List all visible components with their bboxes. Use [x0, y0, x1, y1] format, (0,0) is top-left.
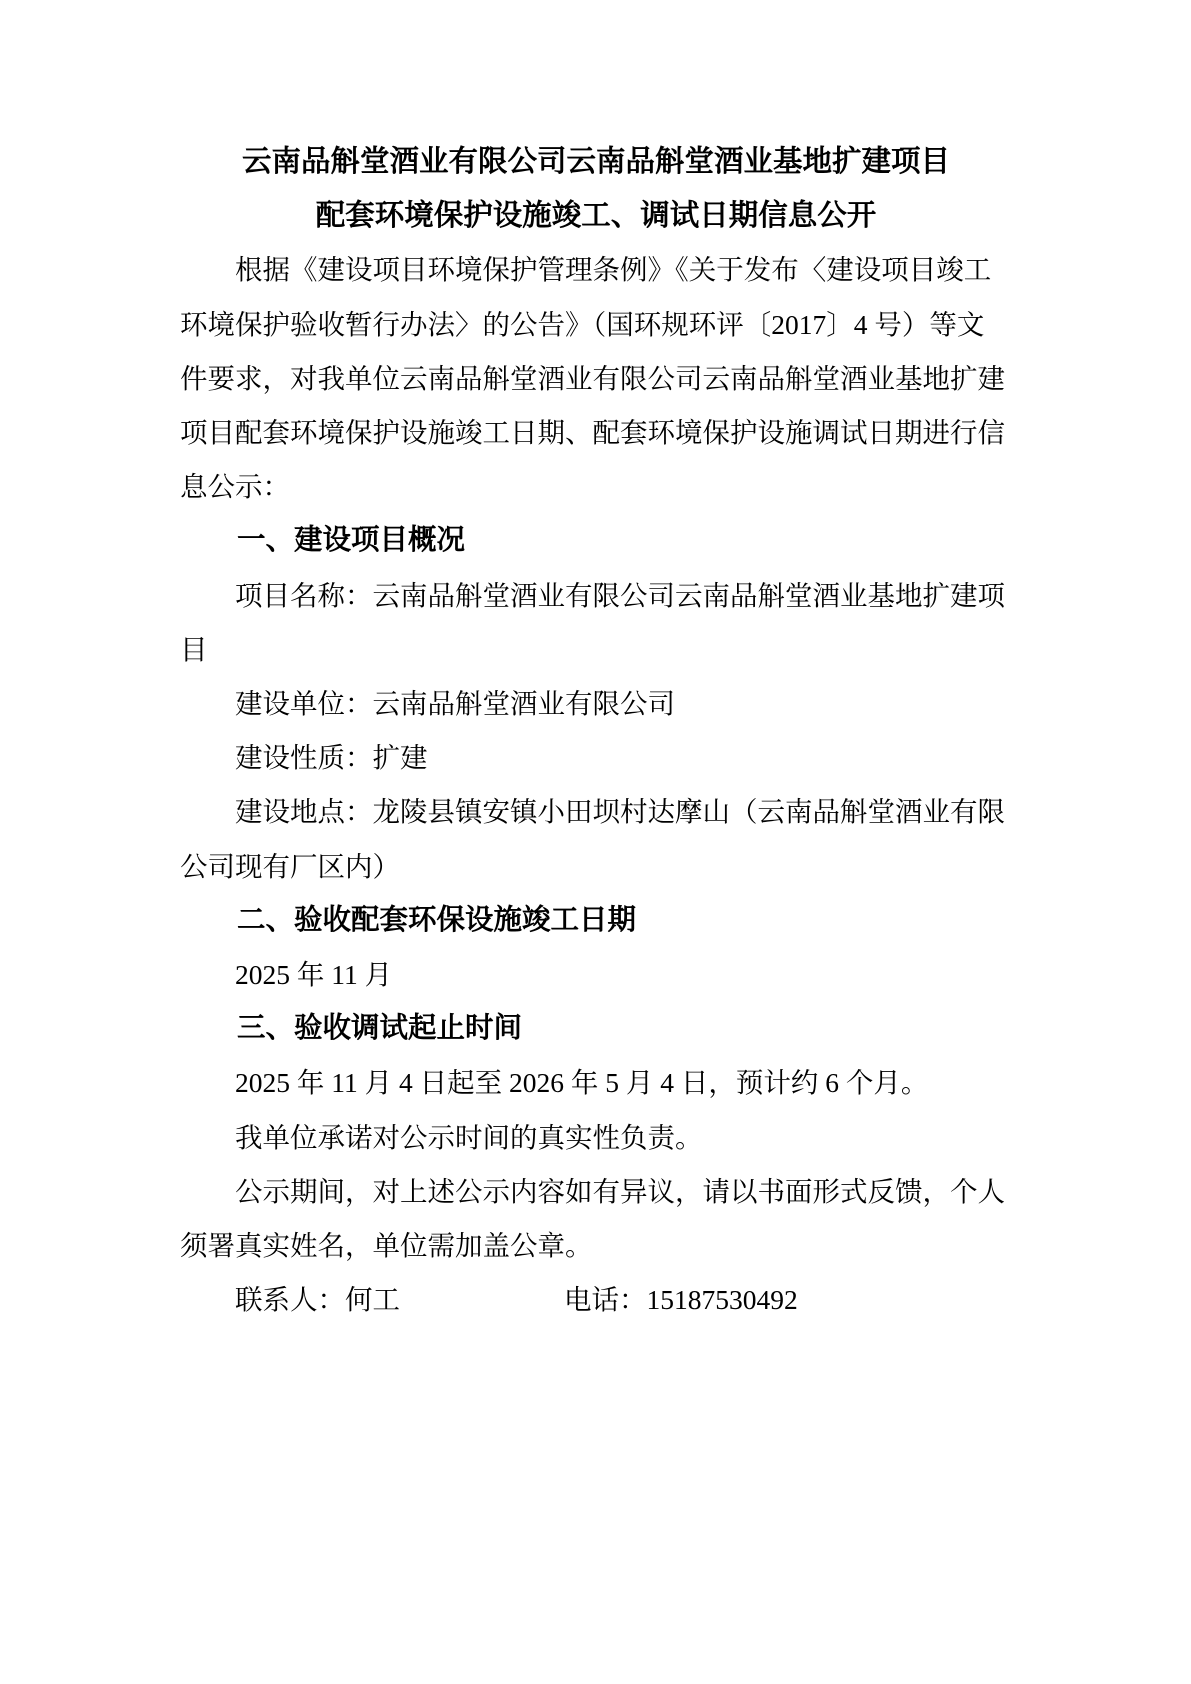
project-name-paragraph: 项目名称：云南品斛堂酒业有限公司云南品斛堂酒业基地扩建项 目	[180, 569, 1012, 677]
intro-paragraph: 根据《建设项目环境保护管理条例》《关于发布〈建设项目竣工 环境保护验收暂行办法〉…	[180, 243, 1012, 514]
commitment-paragraph: 我单位承诺对公示时间的真实性负责。	[180, 1111, 1012, 1165]
completion-date-paragraph: 2025 年 11 月	[180, 948, 1012, 1002]
document-title-line-1: 云南品斛堂酒业有限公司云南品斛堂酒业基地扩建项目	[180, 135, 1012, 189]
section-3-heading: 三、验收调试起止时间	[180, 1002, 1012, 1056]
document-page: 云南品斛堂酒业有限公司云南品斛堂酒业基地扩建项目 配套环境保护设施竣工、调试日期…	[0, 0, 1191, 1684]
construction-unit-paragraph: 建设单位：云南品斛堂酒业有限公司	[180, 677, 1012, 731]
section-1-heading: 一、建设项目概况	[180, 514, 1012, 568]
section-2-heading: 二、验收配套环保设施竣工日期	[180, 894, 1012, 948]
construction-location-paragraph: 建设地点：龙陵县镇安镇小田坝村达摩山（云南品斛堂酒业有限 公司现有厂区内）	[180, 785, 1012, 893]
debug-period-paragraph: 2025 年 11 月 4 日起至 2026 年 5 月 4 日，预计约 6 个…	[180, 1056, 1012, 1110]
contact-person: 联系人：何工	[235, 1284, 400, 1315]
feedback-paragraph: 公示期间，对上述公示内容如有异议，请以书面形式反馈，个人 须署真实姓名，单位需加…	[180, 1165, 1012, 1273]
contact-phone: 电话：15187530492	[564, 1284, 798, 1315]
contact-line: 联系人：何工电话：15187530492	[180, 1273, 1012, 1327]
document-title-line-2: 配套环境保护设施竣工、调试日期信息公开	[180, 189, 1012, 243]
construction-nature-paragraph: 建设性质：扩建	[180, 731, 1012, 785]
